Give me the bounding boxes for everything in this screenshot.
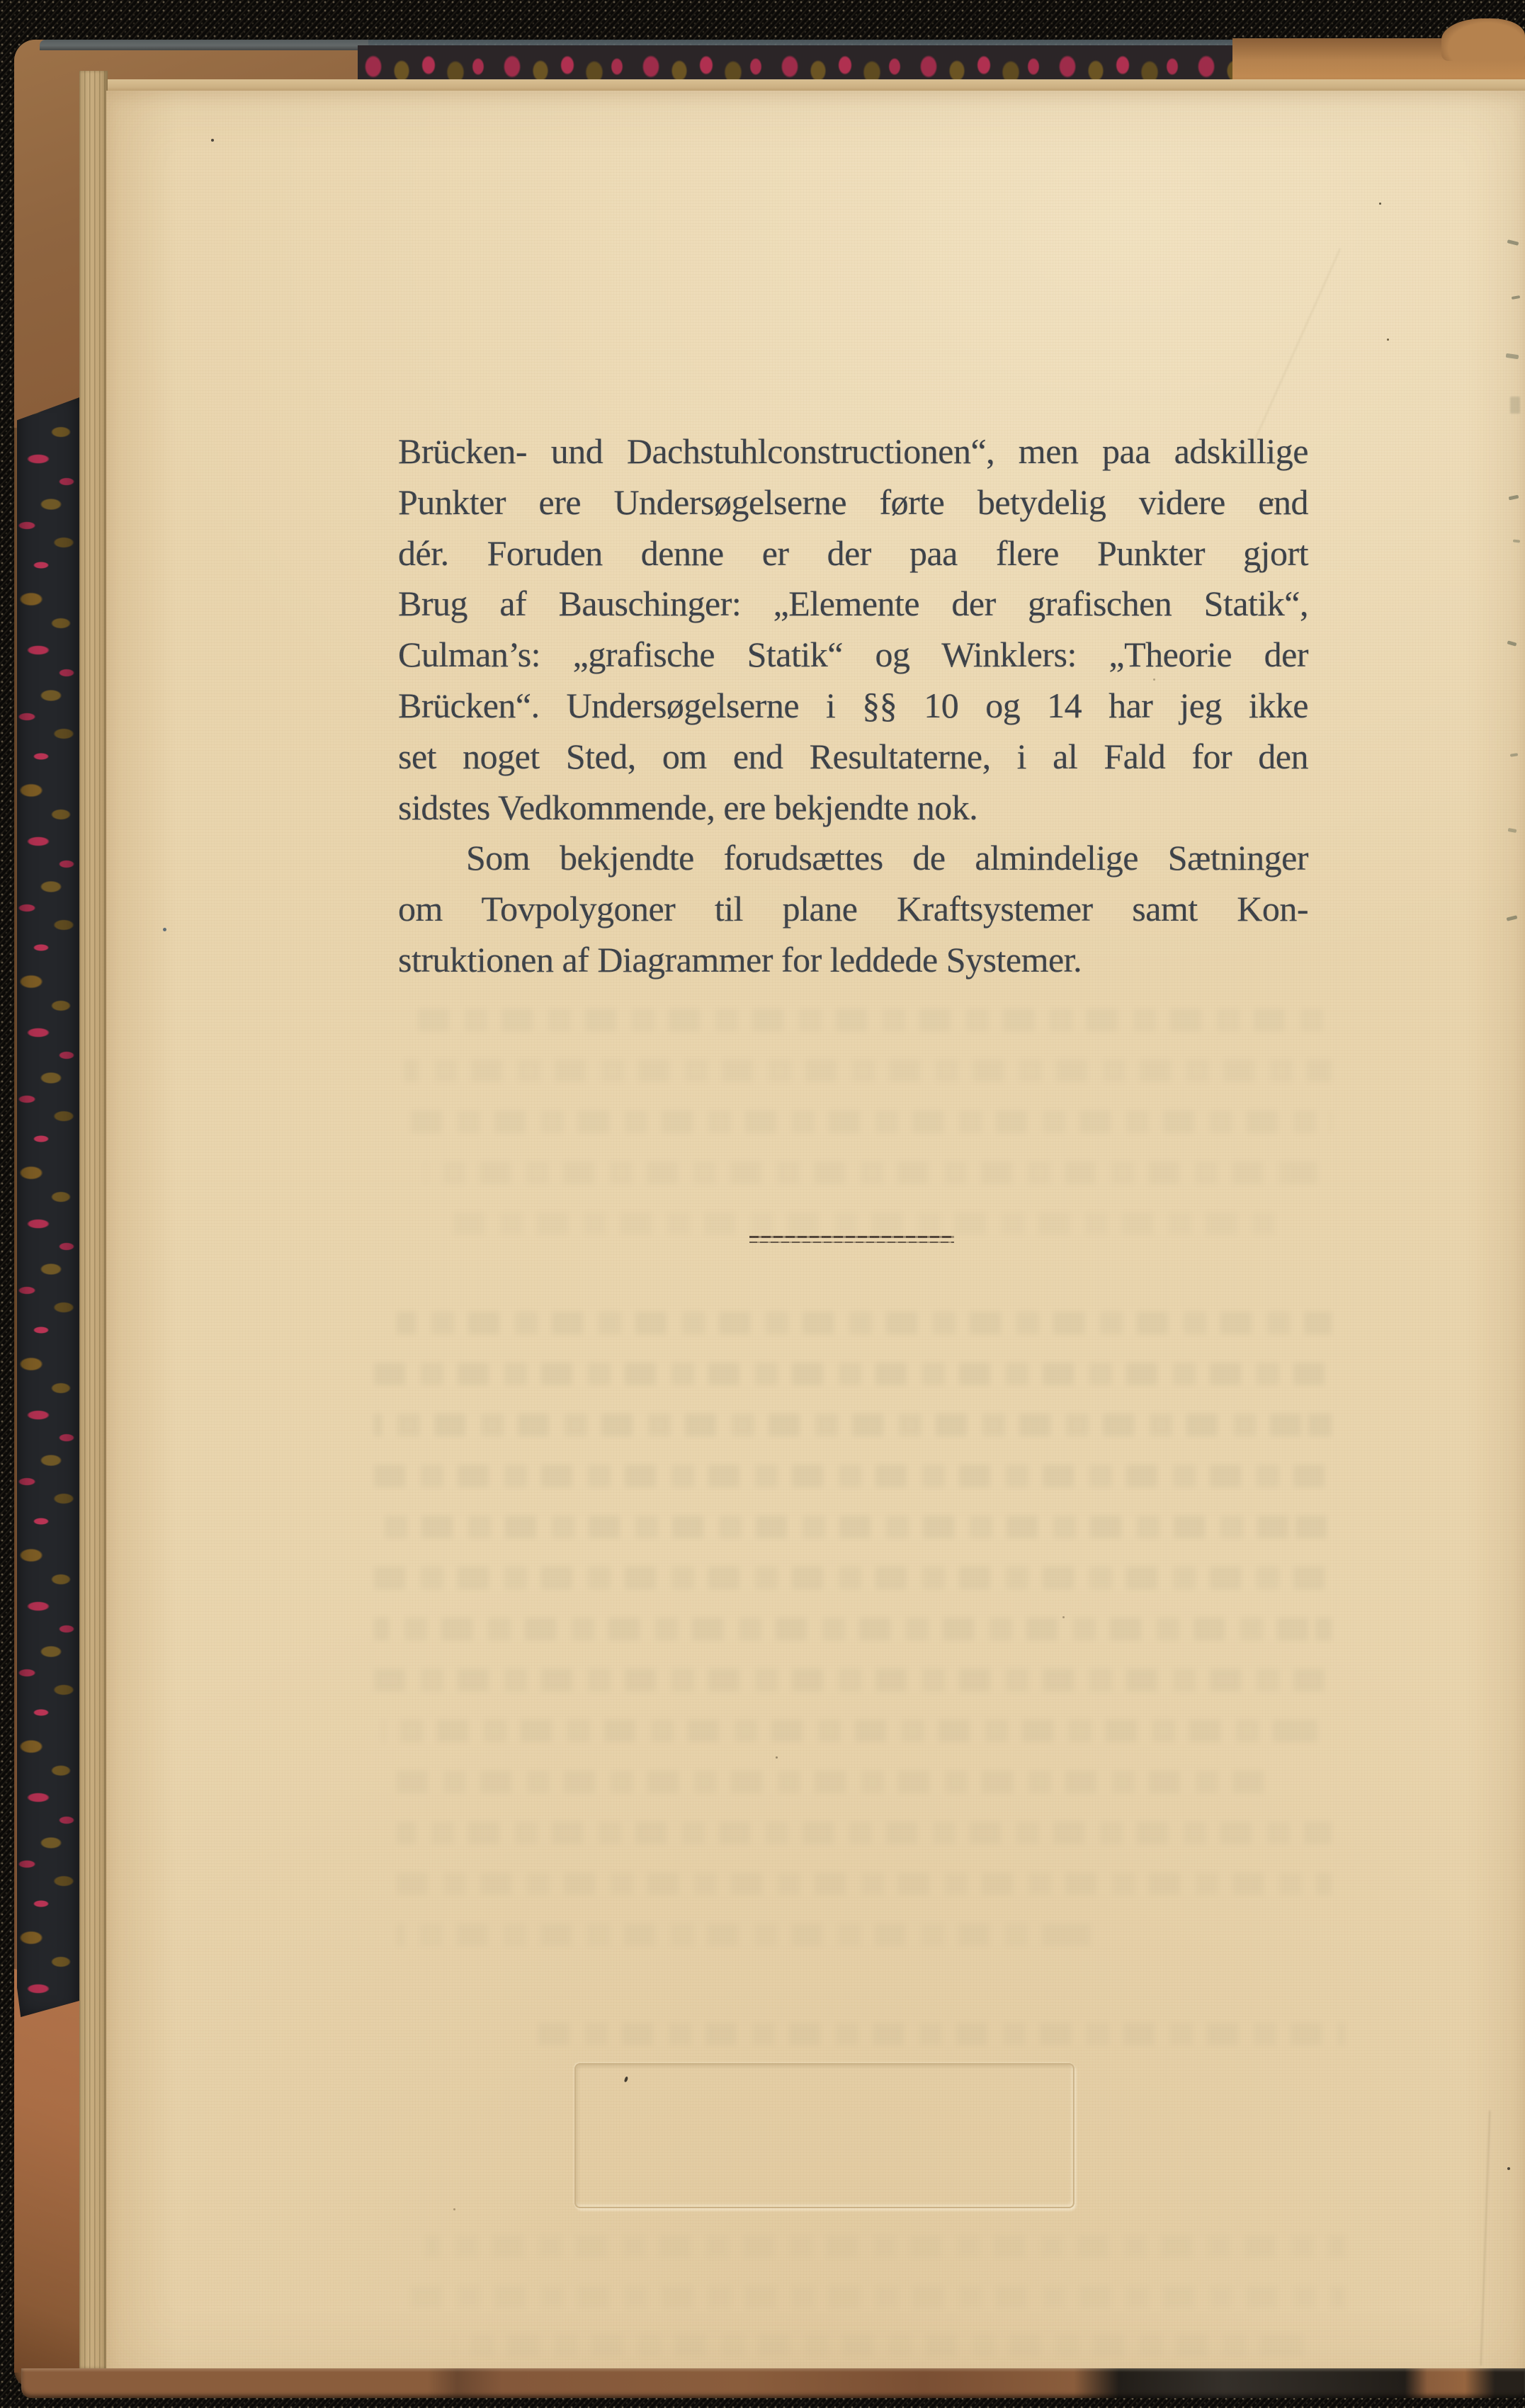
dust-speck xyxy=(1387,339,1389,341)
text-line: Brücken“. Undersøgelserne i §§ 10 og 14 … xyxy=(398,681,1308,732)
deckle-edge-mark xyxy=(1513,539,1520,543)
dust-speck xyxy=(453,2208,455,2210)
deckle-edge-mark xyxy=(1510,397,1520,414)
deckle-edge-mark xyxy=(1507,239,1519,246)
page-block-left-edge xyxy=(79,71,108,2368)
show-through-line xyxy=(374,1465,1332,1487)
text-line: Culman’s: „grafische Statik“ og Winklers… xyxy=(398,630,1308,681)
show-through-line xyxy=(397,1771,1275,1793)
show-through-line xyxy=(397,1822,1332,1844)
show-through-line xyxy=(374,1516,1332,1538)
text-line: dér. Foruden denne er der paa flere Punk… xyxy=(398,528,1308,579)
show-through-line xyxy=(374,1618,1332,1640)
deckle-edge-mark xyxy=(1510,753,1518,756)
show-through-line xyxy=(411,1111,1332,1133)
show-through-line xyxy=(404,1060,1332,1082)
dust-speck xyxy=(1507,2167,1510,2170)
show-through-line xyxy=(418,1009,1332,1031)
divider-rule-bottom xyxy=(749,1242,954,1243)
text-line: sidstes Vedkommende, ere bekjendte nok. xyxy=(398,783,1308,834)
cover-marbled-paper-edge xyxy=(17,391,79,2017)
dust-speck xyxy=(1062,1616,1065,1618)
cover-bottom-edge xyxy=(21,2368,1525,2398)
show-through-line xyxy=(382,1720,1317,1742)
show-through-line xyxy=(453,1212,1289,1235)
show-through-line xyxy=(374,1414,1332,1436)
text-line: om Tovpolygoner til plane Kraftsystemer … xyxy=(398,884,1308,935)
show-through-line xyxy=(411,2286,1346,2309)
page-crease xyxy=(1480,2111,1491,2366)
dust-speck xyxy=(1379,203,1381,205)
dust-speck xyxy=(163,928,166,931)
text-line: Punkter ere Undersøgelserne førte betyde… xyxy=(398,477,1308,528)
dust-speck xyxy=(211,139,214,142)
show-through-line xyxy=(538,2023,1346,2045)
deckle-edge-mark xyxy=(1506,353,1519,359)
deckle-edge-mark xyxy=(1509,495,1519,501)
deckle-edge-mark xyxy=(1508,828,1517,833)
section-divider-double-rule xyxy=(749,1236,954,1243)
show-through-line xyxy=(425,1162,1317,1184)
text-line: set noget Sted, om end Resultaterne, i a… xyxy=(398,732,1308,783)
text-line: Som bekjendte forudsættes de almindelige… xyxy=(398,833,1308,884)
dust-speck xyxy=(1153,678,1155,681)
cover-torn-paper-fragment xyxy=(1441,18,1525,61)
deckle-edge-mark xyxy=(1512,295,1521,300)
book-page: Brücken- und Dachstuhlconstructionen“, m… xyxy=(106,91,1525,2371)
page-scratch xyxy=(1253,249,1341,443)
text-line: Brug af Bauschinger: „Elemente der grafi… xyxy=(398,579,1308,630)
show-through-line xyxy=(374,1363,1332,1385)
show-through-line xyxy=(425,2235,1346,2258)
show-through-line xyxy=(374,1669,1332,1691)
show-through-line xyxy=(397,1873,1332,1895)
scanned-book-page-screenshot: { "content": { "paragraph1_lines": [ "Br… xyxy=(0,0,1525,2408)
divider-rule-top xyxy=(749,1236,954,1238)
show-through-line xyxy=(397,1312,1332,1334)
text-line: Brücken- und Dachstuhlconstructionen“, m… xyxy=(398,426,1308,477)
embossed-stamp-impression xyxy=(574,2063,1075,2208)
show-through-line xyxy=(397,1924,1091,1946)
dust-speck xyxy=(1271,499,1274,501)
text-line: struktionen af Diagrammer for leddede Sy… xyxy=(398,935,1308,986)
show-through-line xyxy=(453,2334,1303,2357)
deckle-edge-mark xyxy=(1507,915,1518,921)
deckle-edge-mark xyxy=(1507,640,1517,646)
dust-speck xyxy=(776,1756,778,1759)
show-through-line xyxy=(374,1567,1332,1589)
body-text-block: Brücken- und Dachstuhlconstructionen“, m… xyxy=(398,426,1308,986)
